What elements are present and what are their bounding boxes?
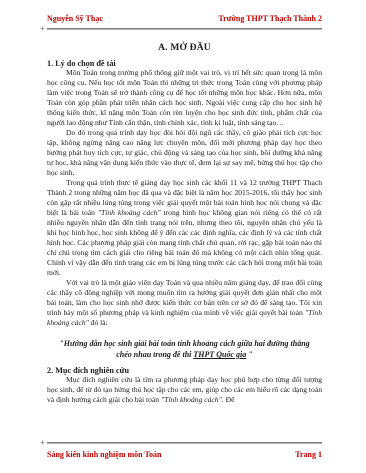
paragraph-5: Mục đích nghiên cứu là tìm ra phương phá… [47,375,322,405]
section-1-heading: 1. Lý do chọn đề tài [47,59,322,68]
rule-anchor-marker: + [40,439,45,447]
header-rule: + [47,28,322,30]
footer-rule: + [47,442,322,444]
page-number: Trang 1 [295,450,322,459]
paragraph-4: Với vai trò là một giáo viên dạy Toán và… [47,278,322,328]
document-page: Nguyễn Sỹ Thạc Trường THPT Thạch Thành 2… [0,0,366,473]
paragraph-1: Môn Toán trong trường phổ thông giữ một … [47,68,322,128]
footer-row: Sáng kiến kinh nghiệm môn Toán Trang 1 [47,450,322,459]
page-header: Nguyễn Sỹ Thạc Trường THPT Thạch Thành 2 [47,14,322,23]
rule-anchor-marker: + [40,25,45,33]
paragraph-3: Trong quá trình thực tế giảng dạy học si… [47,178,322,278]
topic-quote: "Hướng dẫn học sinh giải bài toán tính k… [57,338,312,360]
author-name: Nguyễn Sỹ Thạc [47,14,103,23]
paragraph-2: Do đó trong quá trình dạy học đòi hỏi độ… [47,128,322,178]
document-title: A. MỞ ĐẦU [47,43,322,53]
page-footer: + Sáng kiến kinh nghiệm môn Toán Trang 1 [47,442,322,459]
page-content: Nguyễn Sỹ Thạc Trường THPT Thạch Thành 2… [47,14,322,405]
footer-left-label: Sáng kiến kinh nghiệm môn Toán [47,450,162,459]
section-2-heading: 2. Mục đích nghiên cứu [47,366,322,375]
school-name: Trường THPT Thạch Thành 2 [218,14,322,23]
